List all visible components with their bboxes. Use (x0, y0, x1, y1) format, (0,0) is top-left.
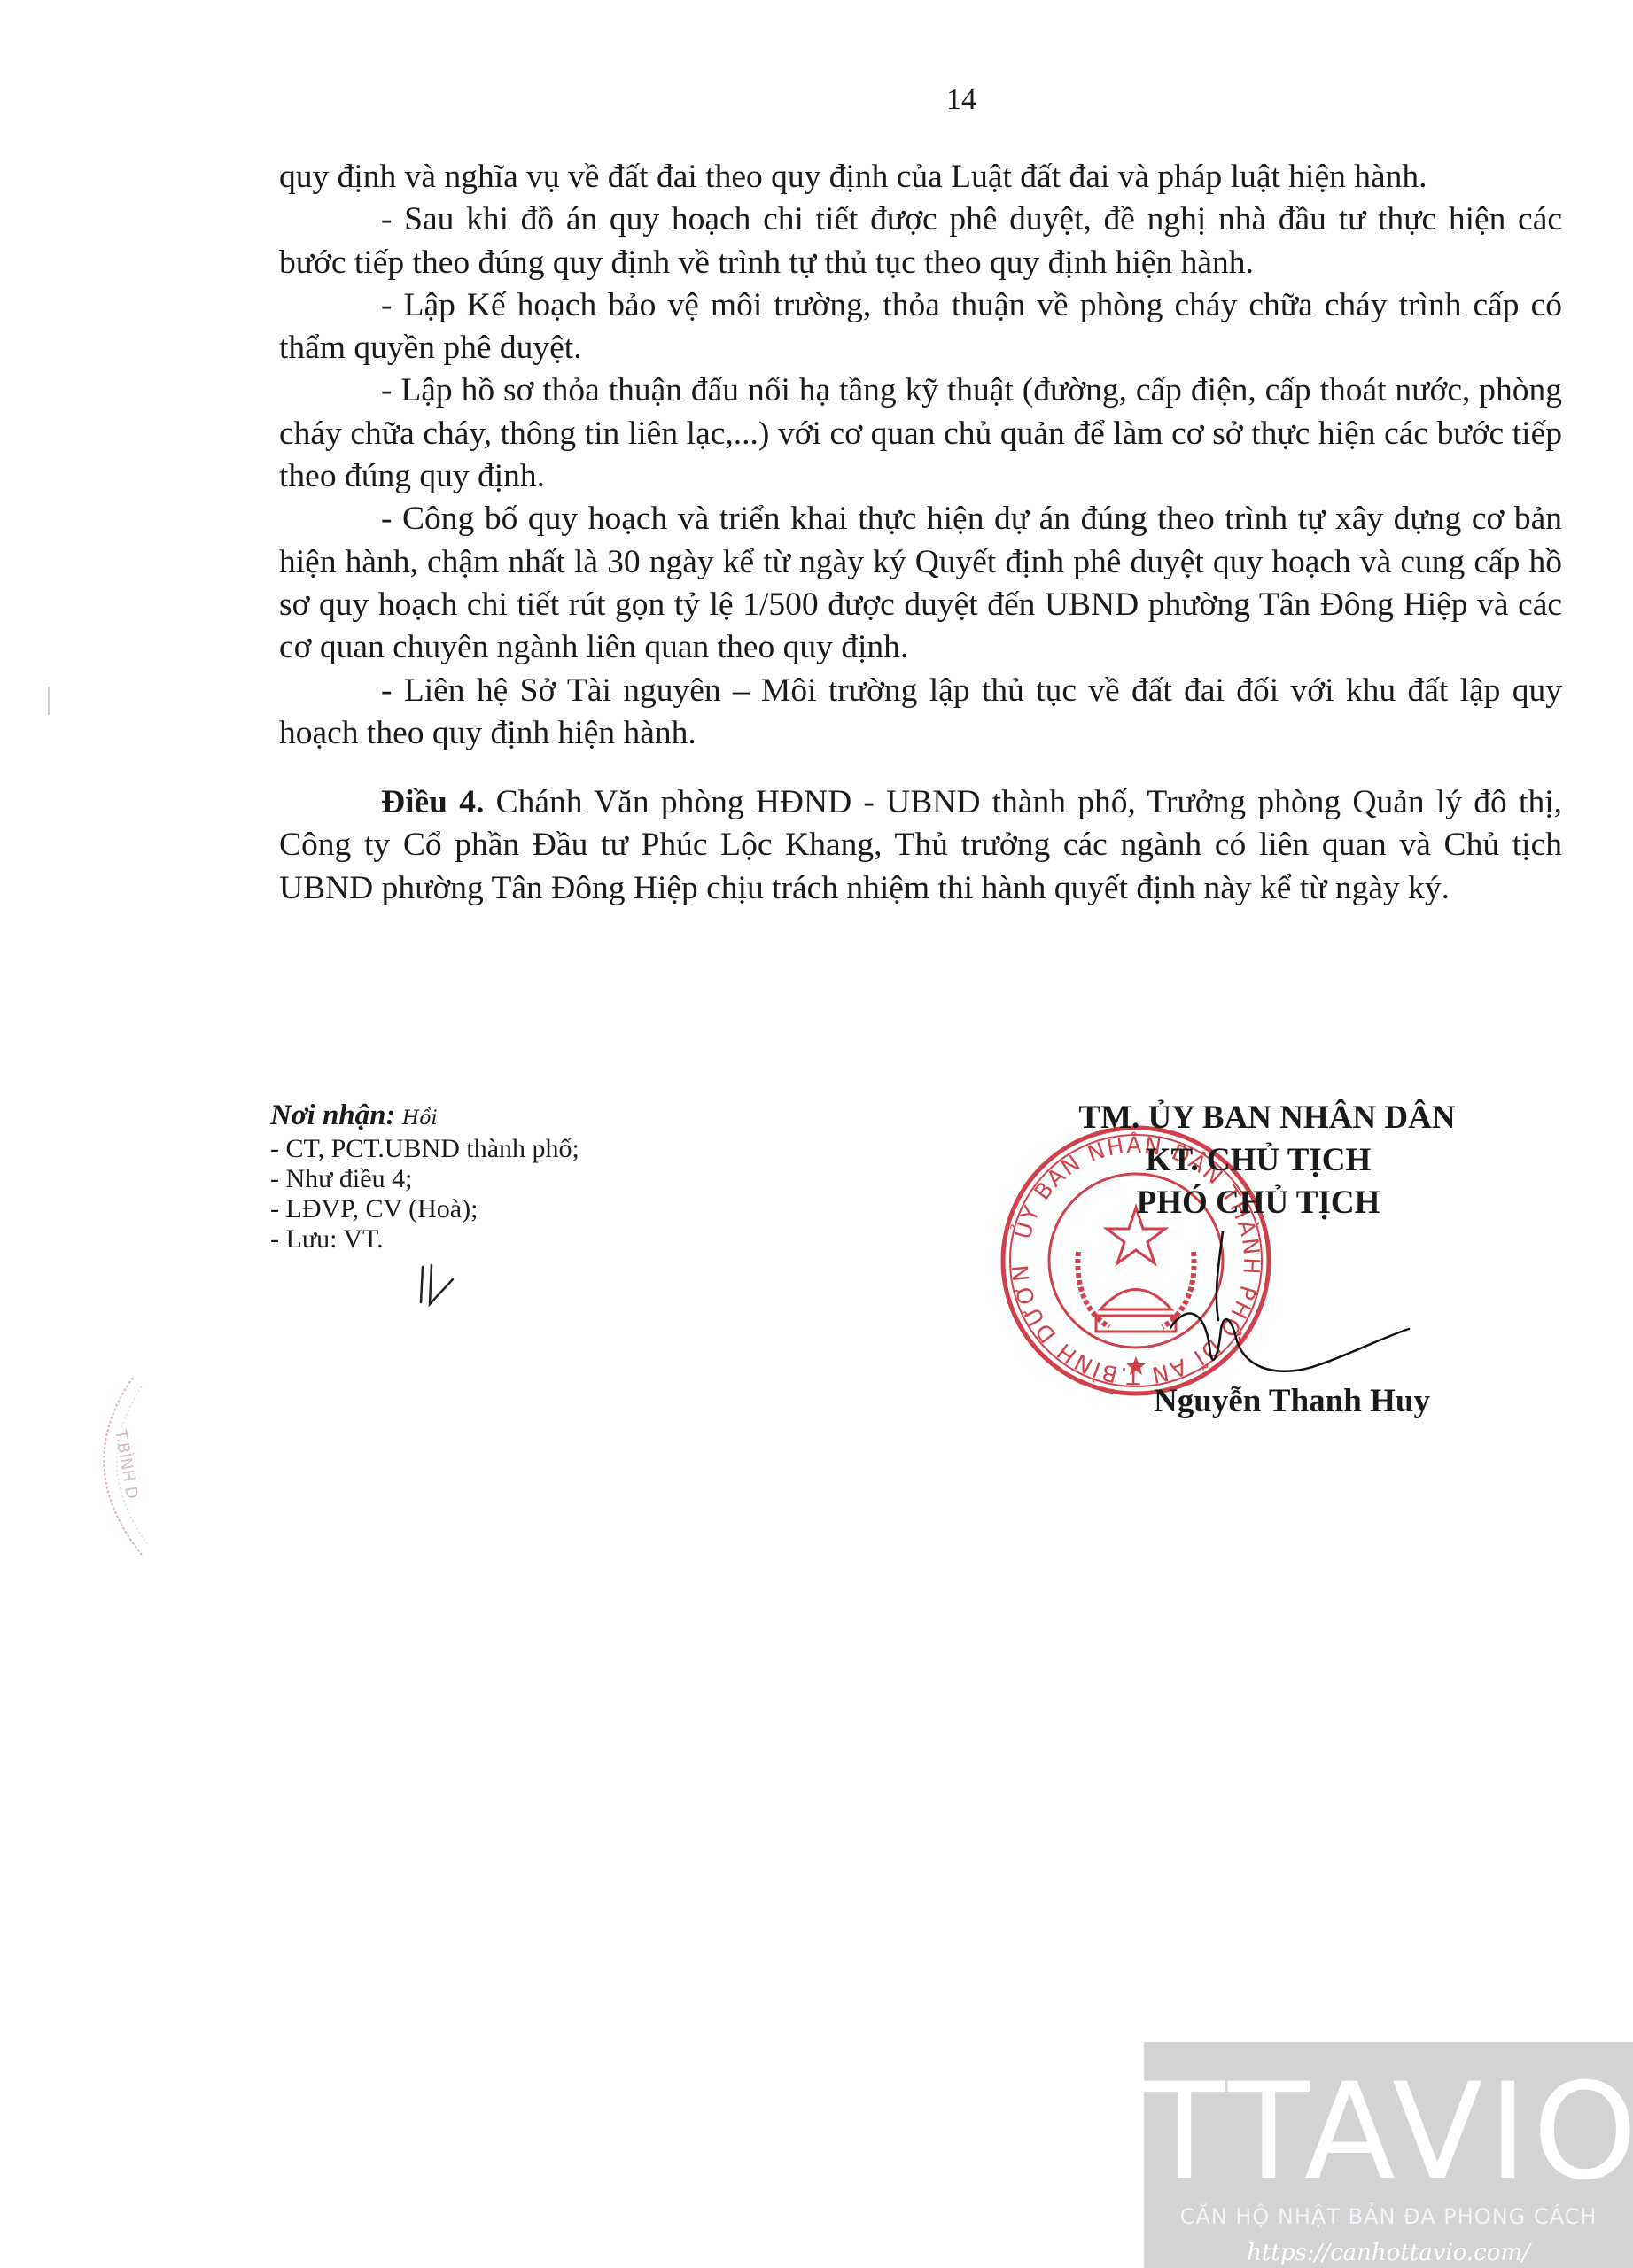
watermark: TTAVIO CĂN HỘ NHẬT BẢN ĐA PHONG CÁCH htt… (1144, 2042, 1633, 2268)
bullet-item: - Liên hệ Sở Tài nguyên – Môi trường lập… (279, 670, 1562, 756)
scan-mark (48, 687, 50, 715)
signature-org: TM. ỦY BAN NHÂN DÂN (992, 1097, 1524, 1139)
article-4: Điều 4. Chánh Văn phòng HĐND - UBND thàn… (279, 781, 1562, 910)
watermark-url: https://canhottavio.com/ (1144, 2237, 1633, 2268)
recipient-item: - CT, PCT.UBND thành phố; (270, 1134, 731, 1164)
signature-role-title: PHÓ CHỦ TỊCH (992, 1182, 1524, 1224)
recipient-item: - Như điều 4; (270, 1164, 731, 1194)
recipient-item: - LĐVP, CV (Hoà); (270, 1194, 731, 1224)
bullet-item: - Công bố quy hoạch và triển khai thực h… (279, 498, 1562, 669)
signer-name: Nguyễn Thanh Huy (1097, 1382, 1487, 1421)
initials-mark-icon (412, 1258, 465, 1311)
recipients-list: - CT, PCT.UBND thành phố; - Như điều 4; … (270, 1134, 731, 1254)
recipients-title: Nơi nhận: (270, 1099, 396, 1131)
document-body: quy định và nghĩa vụ về đất đai theo quy… (279, 156, 1562, 910)
recipient-item: - Lưu: VT. (270, 1224, 731, 1254)
signature-role-acting: KT. CHỦ TỊCH (992, 1139, 1524, 1182)
bullet-item: - Lập Kế hoạch bảo vệ môi trường, thỏa t… (279, 284, 1562, 370)
watermark-tagline: CĂN HỘ NHẬT BẢN ĐA PHONG CÁCH (1144, 2203, 1633, 2230)
handwritten-note: Hồi (402, 1107, 438, 1130)
article-4-label: Điều 4. (381, 784, 484, 820)
signature-block: TM. ỦY BAN NHÂN DÂN KT. CHỦ TỊCH PHÓ CHỦ… (992, 1097, 1524, 1224)
handwritten-signature-icon (1170, 1231, 1418, 1382)
faded-stamp-text: T.BÌNH D (111, 1427, 143, 1500)
recipients-title-row: Nơi nhận: Hồi (270, 1099, 731, 1134)
page-number: 14 (946, 85, 976, 115)
faded-stamp-icon: T.BÌNH D (80, 1369, 159, 1564)
paragraph-continuation: quy định và nghĩa vụ về đất đai theo quy… (279, 156, 1562, 198)
watermark-logo: TTAVIO (1144, 2062, 1633, 2203)
bullet-item: - Sau khi đồ án quy hoạch chi tiết được … (279, 198, 1562, 284)
bullet-item: - Lập hồ sơ thỏa thuận đấu nối hạ tầng k… (279, 369, 1562, 498)
recipients-block: Nơi nhận: Hồi - CT, PCT.UBND thành phố; … (270, 1099, 731, 1254)
